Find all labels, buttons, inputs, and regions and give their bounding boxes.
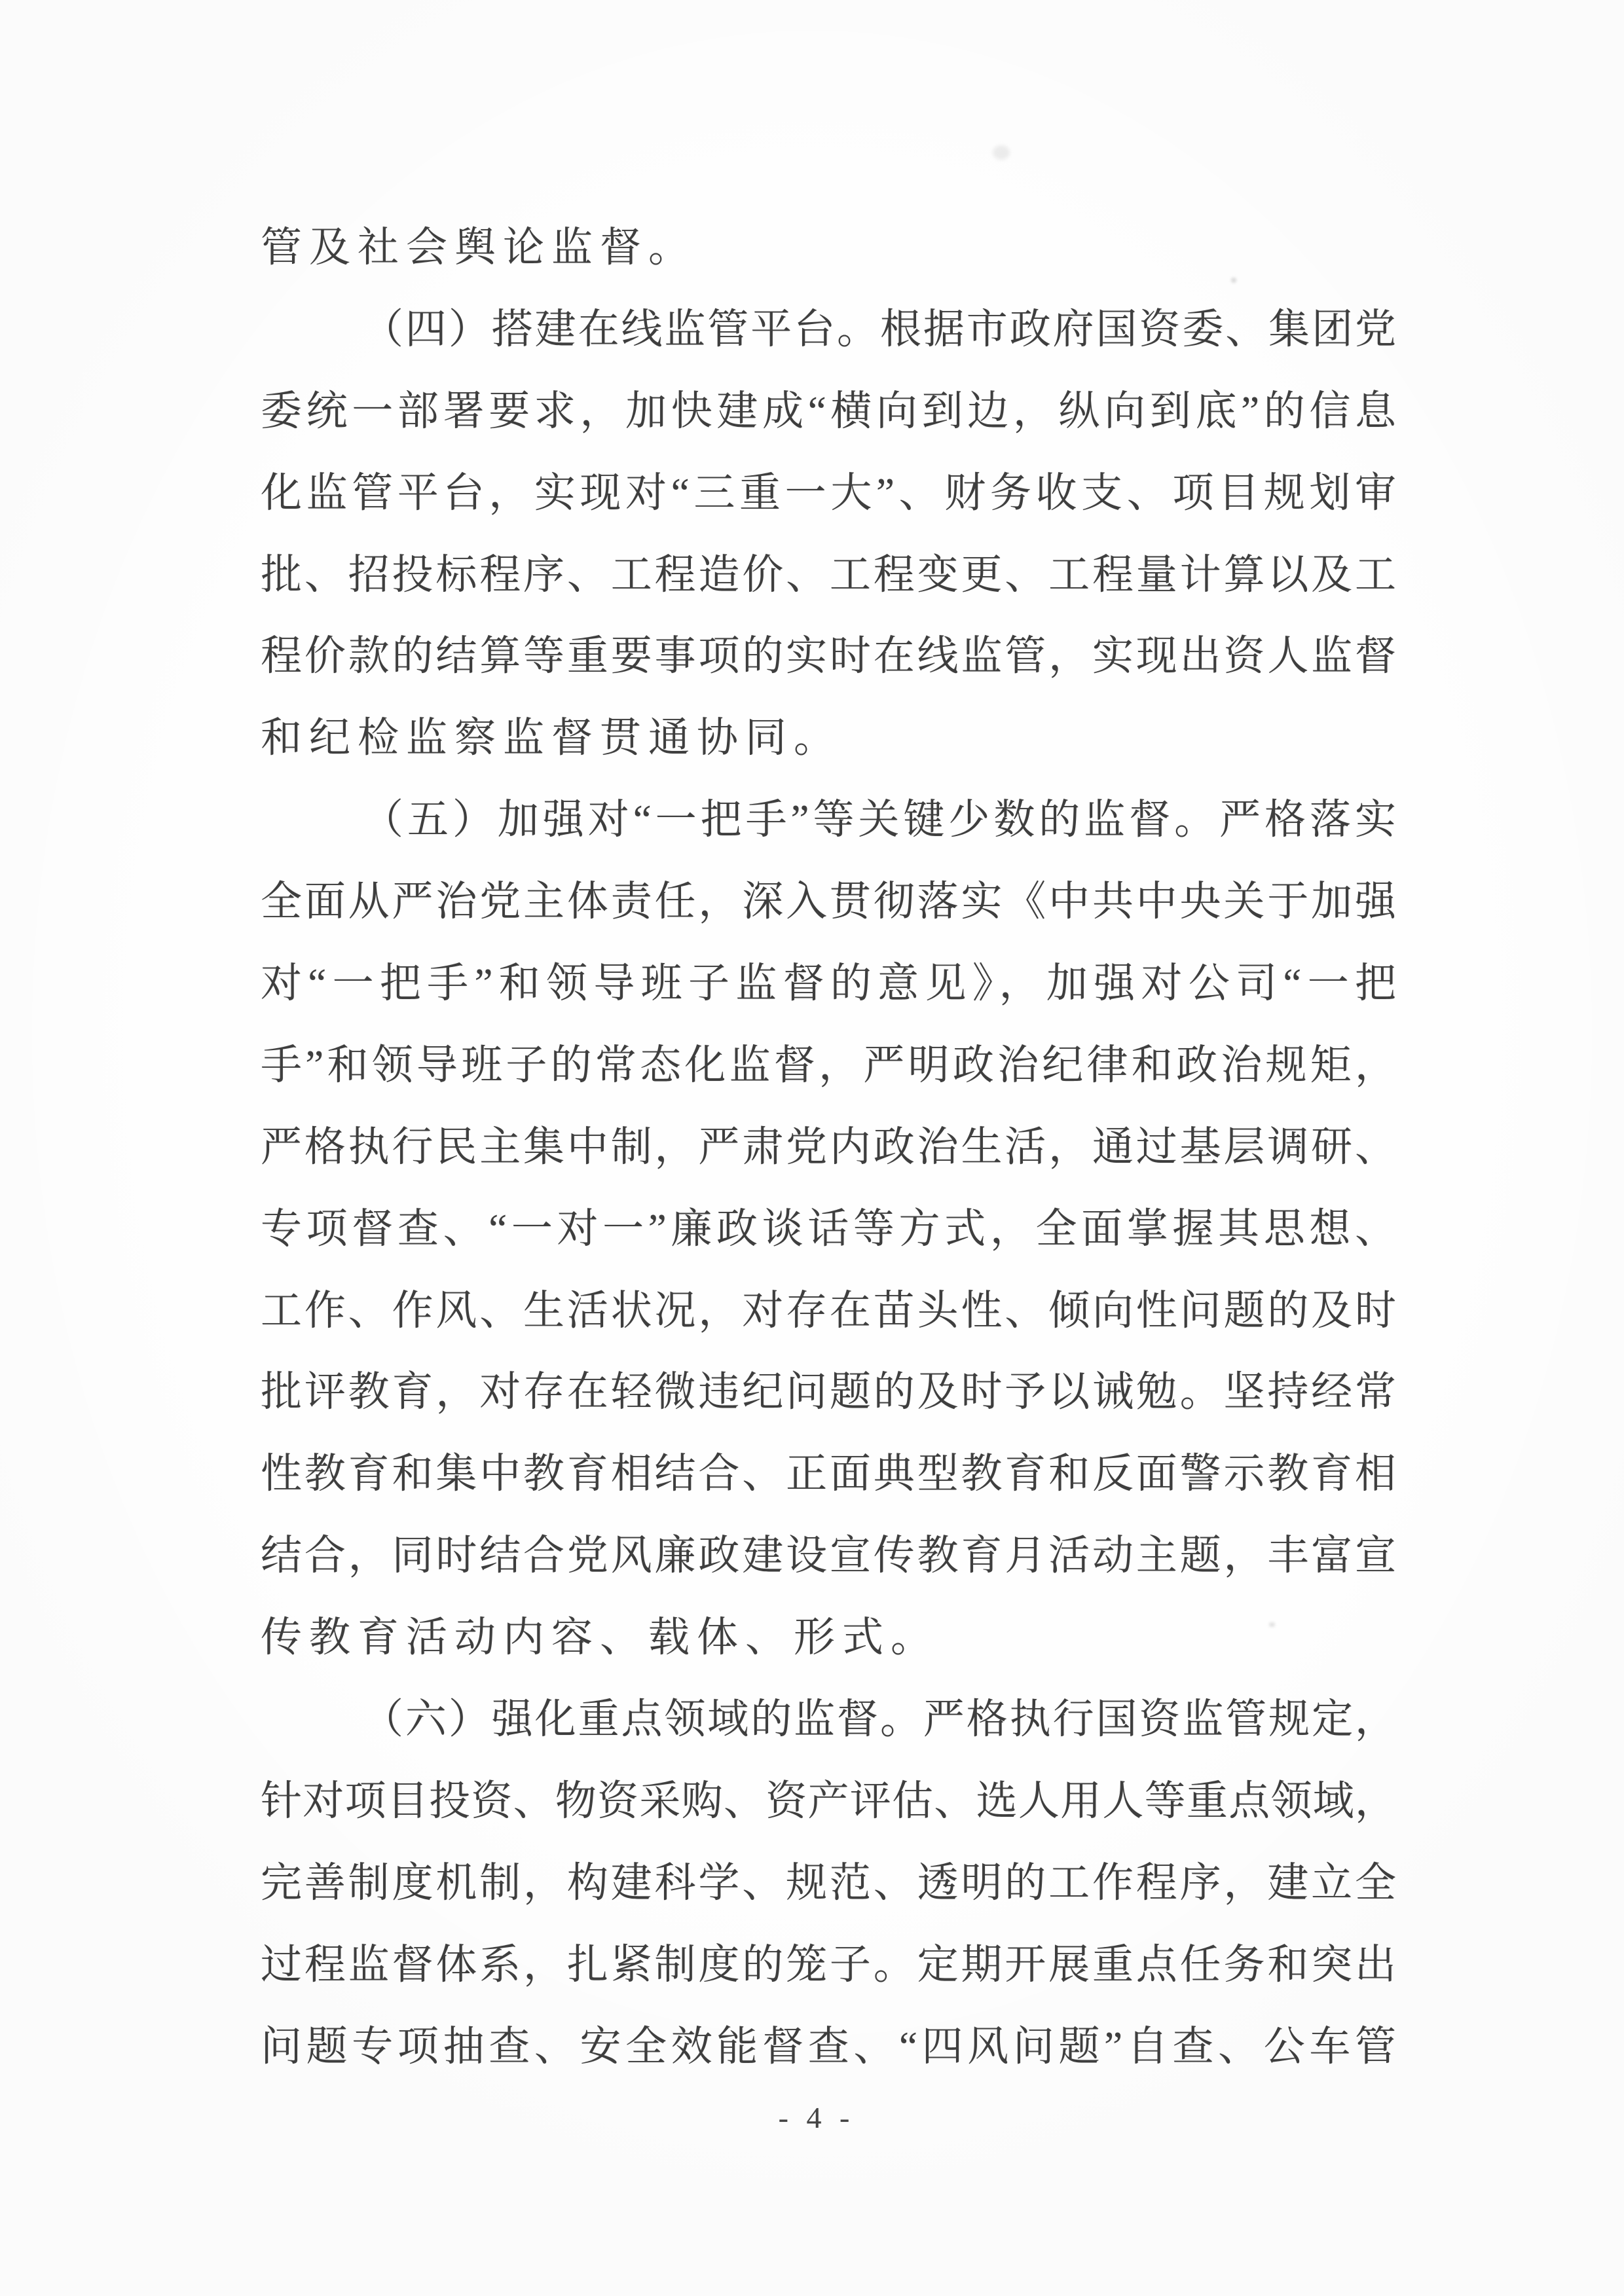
text-line: 问题专项抽查、安全效能督查、“四风问题”自查、公车管 [261,2006,1396,2088]
text-line: 全面从严治党主体责任，深入贯彻落实《中共中央关于加强 [261,861,1396,943]
text-line: 批、招投标程序、工程造价、工程变更、工程量计算以及工 [261,534,1396,616]
text-line: 程价款的结算等重要事项的实时在线监管，实现出资人监督 [261,615,1396,697]
text-line: 针对项目投资、物资采购、资产评估、选人用人等重点领域， [261,1760,1396,1842]
text-line: 完善制度机制，构建科学、规范、透明的工作程序，建立全 [261,1842,1396,1924]
text-line: 严格执行民主集中制，严肃党内政治生活，通过基层调研、 [261,1106,1396,1188]
text-line: 委统一部署要求，加快建成“横向到边，纵向到底”的信息 [261,371,1396,452]
text-line: 对“一把手”和领导班子监督的意见》，加强对公司“一把 [261,943,1396,1025]
text-line: 过程监督体系，扎紧制度的笼子。定期开展重点任务和突出 [261,1924,1396,2006]
text-line: 手”和领导班子的常态化监督，严明政治纪律和政治规矩， [261,1025,1396,1106]
text-line: （六）强化重点领域的监督。严格执行国资监管规定， [261,1679,1396,1760]
text-line: 结合，同时结合党风廉政建设宣传教育月活动主题，丰富宣 [261,1515,1396,1597]
text-line: 化监管平台，实现对“三重一大”、财务收支、项目规划审 [261,452,1396,534]
text-line: 传教育活动内容、载体、形式。 [261,1597,1396,1679]
text-block: 管及社会舆论监督。 （四）搭建在线监管平台。根据市政府国资委、集团党 委统一部署… [261,207,1396,2087]
text-line: 专项督查、“一对一”廉政谈话等方式，全面掌握其思想、 [261,1188,1396,1270]
scan-speck [993,145,1010,160]
text-line: 工作、作风、生活状况，对存在苗头性、倾向性问题的及时 [261,1270,1396,1352]
text-line: 批评教育，对存在轻微违纪问题的及时予以诫勉。坚持经常 [261,1351,1396,1433]
page-number: - 4 - [0,2098,1624,2138]
document-page: 管及社会舆论监督。 （四）搭建在线监管平台。根据市政府国资委、集团党 委统一部署… [0,0,1624,2296]
text-line: 和纪检监察监督贯通协同。 [261,697,1396,779]
text-line: （五）加强对“一把手”等关键少数的监督。严格落实 [261,779,1396,861]
text-line: （四）搭建在线监管平台。根据市政府国资委、集团党 [261,289,1396,371]
text-line: 性教育和集中教育相结合、正面典型教育和反面警示教育相 [261,1433,1396,1515]
text-line: 管及社会舆论监督。 [261,207,1396,289]
